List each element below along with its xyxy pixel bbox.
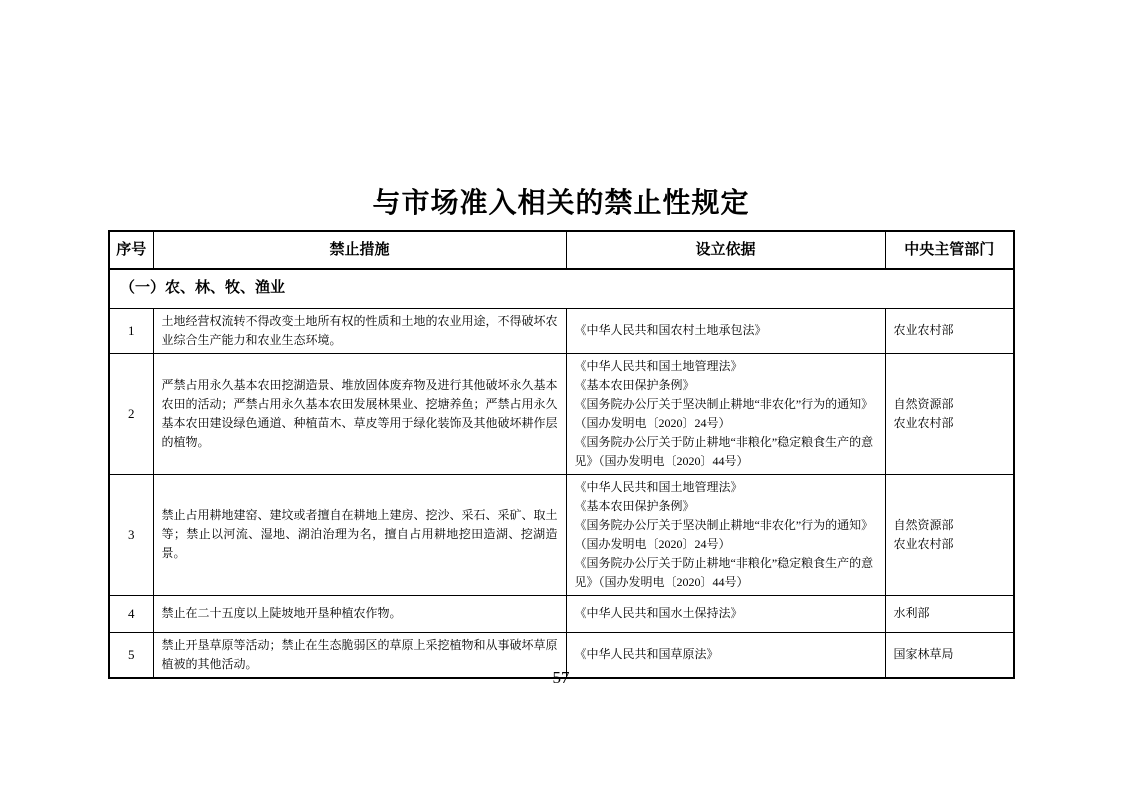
row-department: 水利部 — [885, 595, 1014, 632]
row-department: 自然资源部 农业农村部 — [885, 474, 1014, 595]
column-header-basis: 设立依据 — [566, 231, 885, 269]
row-department: 自然资源部 农业农村部 — [885, 353, 1014, 474]
table-row: 2 严禁占用永久基本农田挖湖造景、堆放固体废弃物及进行其他破坏永久基本农田的活动… — [109, 353, 1014, 474]
table-row: 3 禁止占用耕地建窑、建坟或者擅自在耕地上建房、挖沙、采石、采矿、取土等；禁止以… — [109, 474, 1014, 595]
table-row: 1 土地经营权流转不得改变土地所有权的性质和土地的农业用途，不得破坏农业综合生产… — [109, 308, 1014, 353]
document-page: 与市场准入相关的禁止性规定 序号 禁止措施 设立依据 中央主管部门 （一）农、林… — [0, 0, 1122, 793]
row-department: 农业农村部 — [885, 308, 1014, 353]
row-measure: 禁止在二十五度以上陡坡地开垦种植农作物。 — [153, 595, 566, 632]
column-header-measure: 禁止措施 — [153, 231, 566, 269]
table-row: 4 禁止在二十五度以上陡坡地开垦种植农作物。 《中华人民共和国水土保持法》 水利… — [109, 595, 1014, 632]
row-basis: 《中华人民共和国水土保持法》 — [566, 595, 885, 632]
prohibitions-table: 序号 禁止措施 设立依据 中央主管部门 （一）农、林、牧、渔业 1 土地经营权流… — [108, 230, 1015, 679]
page-number: 57 — [0, 668, 1122, 688]
page-title: 与市场准入相关的禁止性规定 — [0, 181, 1122, 221]
row-number: 2 — [109, 353, 153, 474]
section-row: （一）农、林、牧、渔业 — [109, 269, 1014, 308]
column-header-no: 序号 — [109, 231, 153, 269]
table-header-row: 序号 禁止措施 设立依据 中央主管部门 — [109, 231, 1014, 269]
column-header-department: 中央主管部门 — [885, 231, 1014, 269]
row-number: 3 — [109, 474, 153, 595]
row-number: 1 — [109, 308, 153, 353]
row-measure: 禁止占用耕地建窑、建坟或者擅自在耕地上建房、挖沙、采石、采矿、取土等；禁止以河流… — [153, 474, 566, 595]
row-basis: 《中华人民共和国土地管理法》 《基本农田保护条例》 《国务院办公厅关于坚决制止耕… — [566, 474, 885, 595]
row-number: 4 — [109, 595, 153, 632]
section-title: （一）农、林、牧、渔业 — [109, 269, 1014, 308]
row-basis: 《中华人民共和国农村土地承包法》 — [566, 308, 885, 353]
row-basis: 《中华人民共和国土地管理法》 《基本农田保护条例》 《国务院办公厅关于坚决制止耕… — [566, 353, 885, 474]
row-measure: 土地经营权流转不得改变土地所有权的性质和土地的农业用途，不得破坏农业综合生产能力… — [153, 308, 566, 353]
row-measure: 严禁占用永久基本农田挖湖造景、堆放固体废弃物及进行其他破坏永久基本农田的活动；严… — [153, 353, 566, 474]
